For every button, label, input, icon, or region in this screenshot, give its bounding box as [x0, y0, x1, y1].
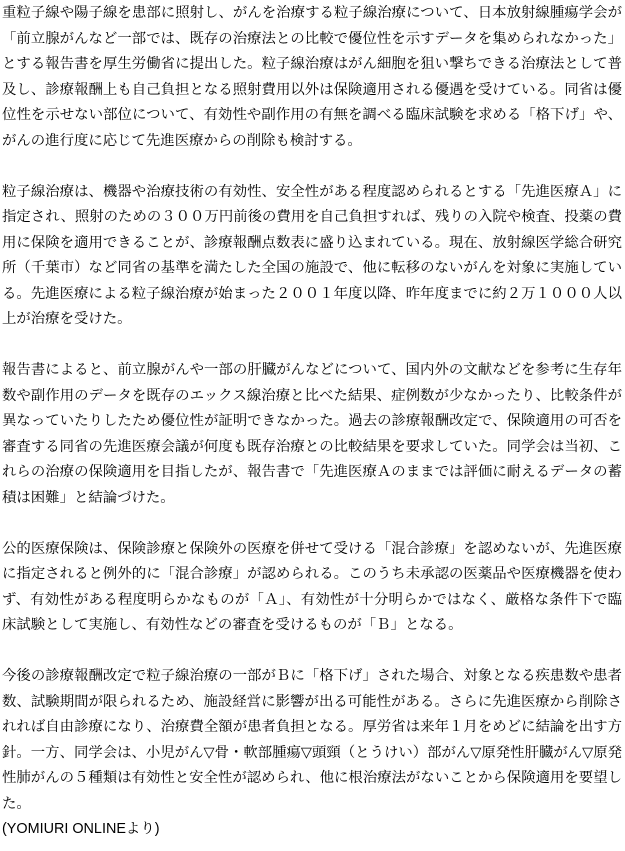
paragraph-3: 報告書によると、前立腺がんや一部の肝臓がんなどについて、国内外の文献などを参考に… — [2, 358, 622, 511]
article-body: 重粒子線や陽子線を患部に照射し、がんを治療する粒子線治療について、日本放射線腫瘍… — [0, 0, 625, 843]
paragraph-4: 公的医療保険は、保険診療と保険外の医療を併せて受ける「混合診療」を認めないが、先… — [2, 537, 622, 639]
paragraph-5: 今後の診療報酬改定で粒子線治療の一部がＢに「格下げ」された場合、対象となる疾患数… — [2, 664, 622, 817]
paragraph-1: 重粒子線や陽子線を患部に照射し、がんを治療する粒子線治療について、日本放射線腫瘍… — [2, 1, 622, 154]
source-credit: (YOMIURI ONLINEより) — [2, 817, 622, 843]
paragraph-2: 粒子線治療は、機器や治療技術の有効性、安全性がある程度認められるとする「先進医療… — [2, 180, 622, 333]
